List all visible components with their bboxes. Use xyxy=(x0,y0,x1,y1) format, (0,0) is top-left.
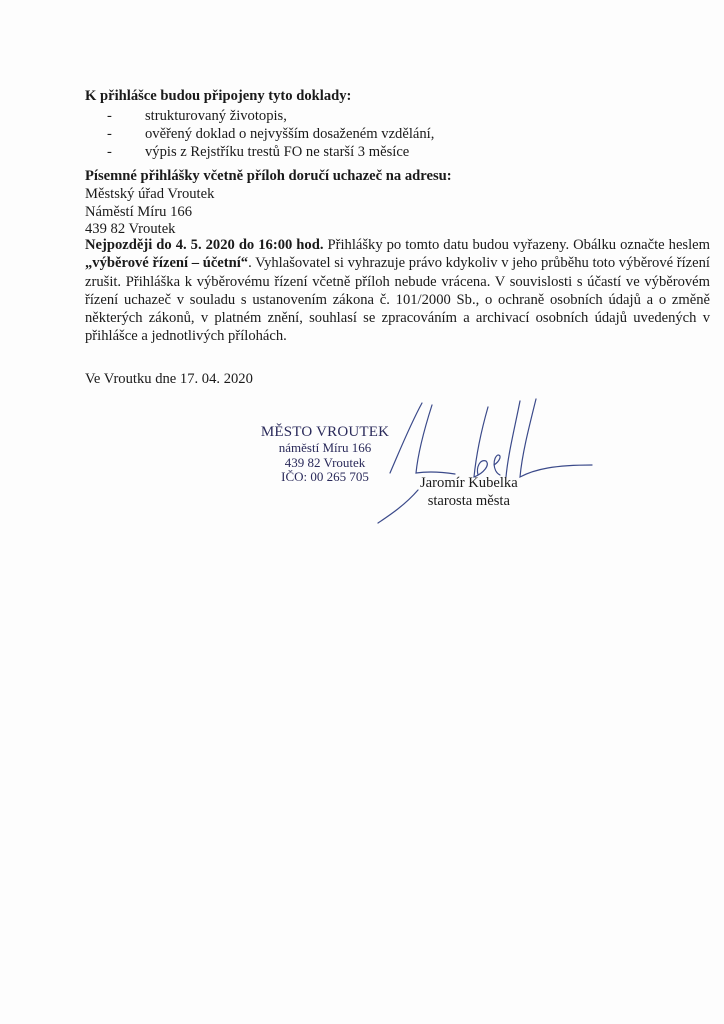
list-item: -strukturovaný životopis, xyxy=(85,107,434,125)
signer-block: Jaromír Kubelka starosta města xyxy=(420,474,518,510)
delivery-address: Městský úřad Vroutek Náměstí Míru 166 43… xyxy=(85,186,214,239)
terms-paragraph: Nejpozději do 4. 5. 2020 do 16:00 hod. P… xyxy=(85,236,710,346)
deadline: Nejpozději do 4. 5. 2020 do 16:00 hod. xyxy=(85,237,323,253)
list-item: -výpis z Rejstříku trestů FO ne starší 3… xyxy=(85,143,434,161)
bullet-dash: - xyxy=(107,143,112,161)
delivery-heading: Písemné přihlášky včetně příloh doručí u… xyxy=(85,168,452,185)
attachments-heading: K přihlášce budou připojeny tyto doklady… xyxy=(85,88,351,105)
list-item: -ověřený doklad o nejvyšším dosaženém vz… xyxy=(85,125,434,143)
envelope-keyword: „výběrové řízení – účetní“ xyxy=(85,255,248,271)
bullet-dash: - xyxy=(107,107,112,125)
place-date: Ve Vroutku dne 17. 04. 2020 xyxy=(85,371,253,388)
address-line: Náměstí Míru 166 xyxy=(85,204,214,222)
address-line: Městský úřad Vroutek xyxy=(85,186,214,204)
bullet-dash: - xyxy=(107,125,112,143)
document-page: K přihlášce budou připojeny tyto doklady… xyxy=(0,0,724,1024)
signer-role: starosta města xyxy=(420,492,518,510)
attachments-list: -strukturovaný životopis, -ověřený dokla… xyxy=(85,107,434,161)
signer-name: Jaromír Kubelka xyxy=(420,474,518,492)
